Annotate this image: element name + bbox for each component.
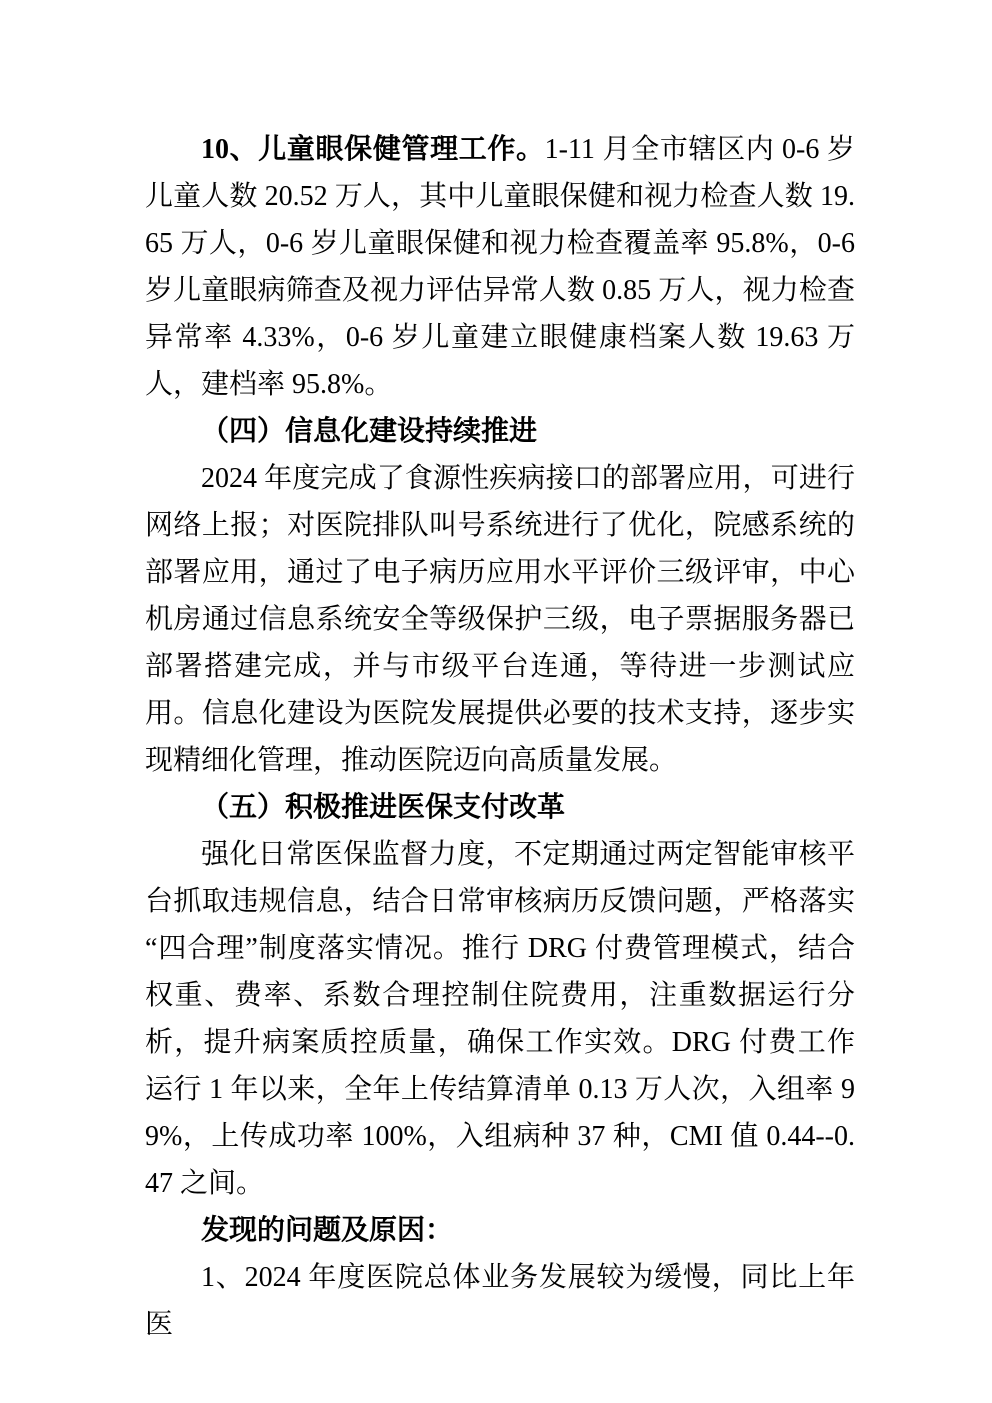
section-heading: （四）信息化建设持续推进: [145, 408, 855, 455]
text-run: （五）积极推进医保支付改革: [201, 792, 565, 823]
text-run: 发现的问题及原因：: [201, 1215, 453, 1246]
section-heading: （五）积极推进医保支付改革: [145, 784, 855, 831]
text-run: （四）信息化建设持续推进: [201, 416, 537, 447]
text-run: 10、儿童眼保健管理工作。: [201, 134, 545, 165]
text-run: 强化日常医保监督力度，不定期通过两定智能审核平台抓取违规信息，结合日常审核病历反…: [145, 839, 855, 1199]
text-run: 1-11 月全市辖区内 0-6 岁儿童人数 20.52 万人，其中儿童眼保健和视…: [145, 134, 855, 400]
paragraph: 2024 年度完成了食源性疾病接口的部署应用，可进行网络上报；对医院排队叫号系统…: [145, 455, 855, 784]
paragraph: 1、2024 年度医院总体业务发展较为缓慢，同比上年医: [145, 1254, 855, 1348]
document-page: 10、儿童眼保健管理工作。1-11 月全市辖区内 0-6 岁儿童人数 20.52…: [0, 0, 992, 1403]
paragraph: 强化日常医保监督力度，不定期通过两定智能审核平台抓取违规信息，结合日常审核病历反…: [145, 831, 855, 1207]
text-run: 1、2024 年度医院总体业务发展较为缓慢，同比上年医: [145, 1262, 855, 1340]
text-run: 2024 年度完成了食源性疾病接口的部署应用，可进行网络上报；对医院排队叫号系统…: [145, 463, 855, 776]
document-body: 10、儿童眼保健管理工作。1-11 月全市辖区内 0-6 岁儿童人数 20.52…: [0, 0, 992, 1348]
section-heading: 发现的问题及原因：: [145, 1207, 855, 1254]
paragraph: 10、儿童眼保健管理工作。1-11 月全市辖区内 0-6 岁儿童人数 20.52…: [145, 126, 855, 408]
